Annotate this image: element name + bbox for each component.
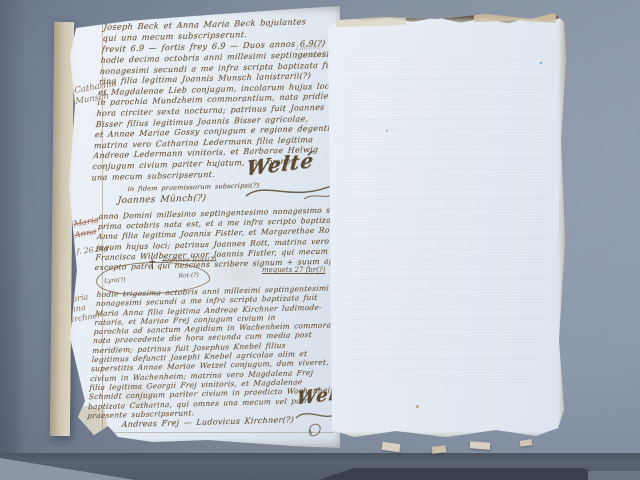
- blue-speck: [540, 62, 542, 64]
- verso-show-through: [346, 50, 546, 380]
- oval-right-text: Rot:(?): [178, 272, 199, 280]
- record2-date-note: mequets 27 ſbr(?): [262, 266, 325, 274]
- paper-tatter: [470, 441, 490, 449]
- attestation-text: in fidem praemissorum subscripsi(?): [127, 181, 259, 193]
- date-note-text: mequets 27 ſbr(?): [262, 266, 325, 274]
- oval-left-text: Lyra(?): [104, 276, 126, 284]
- cross-icon: †: [149, 257, 156, 272]
- record1-header: Joseph Beck et Anna Maria Beck bajulante…: [101, 16, 327, 55]
- paper-tatter: [432, 445, 447, 453]
- signature-flourish: [244, 180, 340, 202]
- archive-photo-scene: CatharinaMunsch MariaAnna f. 26 8br Mari…: [0, 0, 640, 480]
- table-dark-notch: [318, 468, 618, 480]
- left-page: CatharinaMunsch MariaAnna f. 26 8br Mari…: [58, 6, 340, 448]
- foxing-dot: [416, 405, 419, 408]
- record1-body: hodie decima octobris anni millesimi sep…: [91, 48, 370, 183]
- table-light-right: [588, 471, 640, 480]
- witness-text: Joannes Münch(?): [117, 194, 206, 206]
- foxing-dot: [386, 130, 388, 132]
- right-page-blank: [326, 10, 566, 448]
